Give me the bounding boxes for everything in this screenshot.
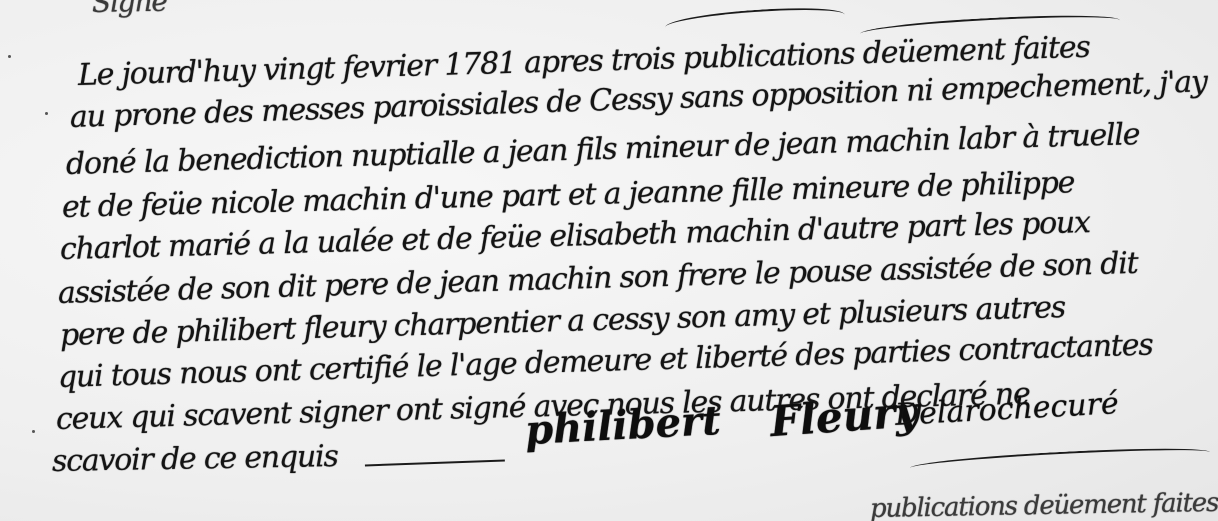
next-entry-fragment: publications deüement faites [870, 488, 1218, 521]
closing-stroke [365, 460, 505, 473]
ink-speck [8, 55, 11, 58]
previous-entry-fragment: Signé [92, 0, 167, 19]
signature-underline [910, 444, 1210, 476]
ink-speck [32, 430, 35, 433]
ink-speck [45, 112, 48, 115]
signature-flourish-top [664, 4, 845, 39]
record-line-10: scavoir de ce enquis [52, 439, 338, 479]
manuscript-page: Signé Le jourd'huy vingt fevrier 1781 ap… [0, 0, 1218, 521]
signature-philibert: philibert [524, 397, 722, 454]
